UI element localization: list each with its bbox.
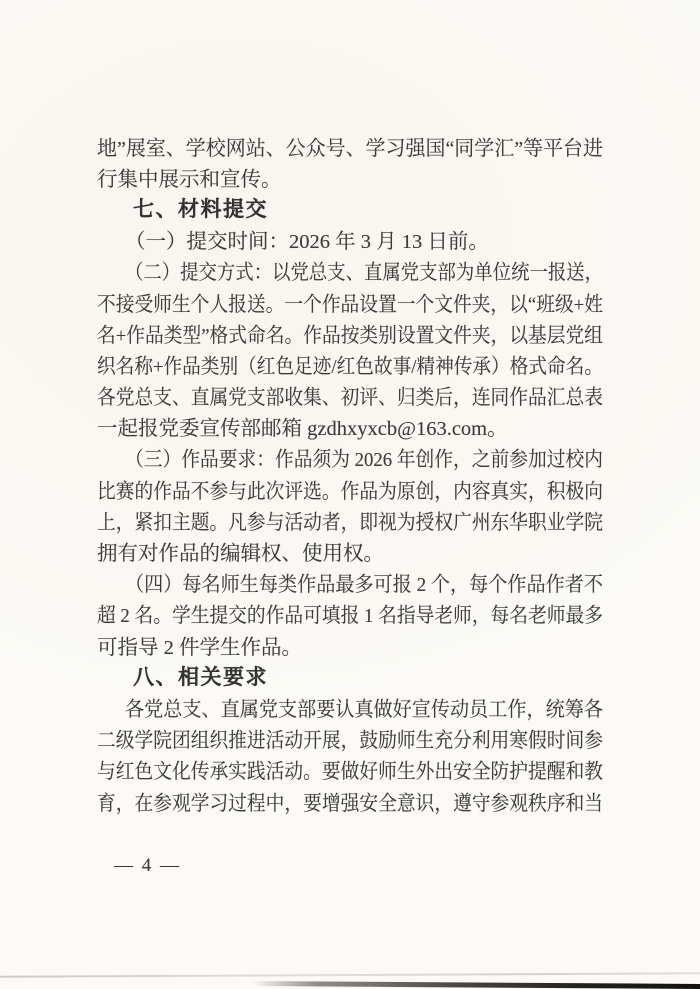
text-line-content: 与红色文化传承实践活动。要做好师生外出安全防护提醒和教 [97,754,603,784]
text-line: 不接受师生个人报送。一个作品设置一个文件夹，以“班级+姓 [97,286,603,317]
text-line: （一）提交时间：2026 年 3 月 13 日前。 [97,224,603,255]
text-line-content: 上，紧扣主题。凡参与活动者，即视为授权广州东华职业学院 [97,505,603,535]
text-line-content: 八、相关要求 [133,661,268,691]
text-line: 一起报党委宣传部邮箱 gzdhxyxcb@163.com。 [97,411,603,442]
text-line-content: 拥有对作品的编辑权、使用权。 [97,536,384,566]
text-line-content: 超 2 名。学生提交的作品可填报 1 名指导老师，每名老师最多 [97,598,603,628]
text-line-content: （一）提交时间：2026 年 3 月 13 日前。 [125,224,489,254]
text-line: 超 2 名。学生提交的作品可填报 1 名指导老师，每名老师最多 [97,598,603,629]
text-line: 与红色文化传承实践活动。要做好师生外出安全防护提醒和教 [97,754,603,785]
text-line: 各党总支、直属党支部要认真做好宣传动员工作，统筹各 [97,691,603,722]
document-body: 地”展室、学校网站、公众号、学习强国“同学汇”等平台进行集中展示和宣传。七、材料… [97,130,603,816]
text-line-content: 一起报党委宣传部邮箱 gzdhxyxcb@163.com。 [97,411,508,441]
text-line-content: 二级学院团组织推进活动开展，鼓励师生充分利用寒假时间参 [97,723,603,753]
text-line-content: 比赛的作品不参与此次评选。作品为原创，内容真实，积极向 [97,474,603,504]
text-line-content: 地”展室、学校网站、公众号、学习强国“同学汇”等平台进 [97,131,603,161]
text-line: 各党总支、直属党支部收集、初评、归类后，连同作品汇总表 [97,380,603,411]
text-line-content: 各党总支、直属党支部收集、初评、归类后，连同作品汇总表 [97,380,603,410]
text-line-content: 不接受师生个人报送。一个作品设置一个文件夹，以“班级+姓 [97,287,603,317]
text-line-content: 名+作品类型”格式命名。作品按类别设置文件夹，以基层党组 [97,318,603,348]
text-line: 上，紧扣主题。凡参与活动者，即视为授权广州东华职业学院 [97,504,603,535]
text-line: 二级学院团组织推进活动开展，鼓励师生充分利用寒假时间参 [97,723,603,754]
text-line: 育，在参观学习过程中，要增强安全意识，遵守参观秩序和当 [97,785,603,816]
section-heading: 八、相关要求 [97,660,603,691]
text-line-content: 行集中展示和宣传。 [97,162,282,192]
section-heading: 七、材料提交 [97,192,603,223]
page-number: — 4 — [114,855,181,877]
text-line: 地”展室、学校网站、公众号、学习强国“同学汇”等平台进 [97,130,603,161]
text-line: 织名称+作品类别（红色足迹/红色故事/精神传承）格式命名。 [97,348,603,379]
text-line-content: 织名称+作品类别（红色足迹/红色故事/精神传承）格式命名。 [97,349,603,379]
text-line: （二）提交方式：以党总支、直属党支部为单位统一报送， [97,255,603,286]
text-line: 可指导 2 件学生作品。 [97,629,603,660]
text-line-content: （三）作品要求：作品须为 2026 年创作，之前参加过校内 [125,442,603,472]
text-line: （四）每名师生每类作品最多可报 2 个，每个作品作者不 [97,567,603,598]
text-line: 比赛的作品不参与此次评选。作品为原创，内容真实，积极向 [97,473,603,504]
text-line-content: 七、材料提交 [133,193,268,223]
text-line: 名+作品类型”格式命名。作品按类别设置文件夹，以基层党组 [97,317,603,348]
text-line-content: （四）每名师生每类作品最多可报 2 个，每个作品作者不 [125,567,603,597]
text-line: （三）作品要求：作品须为 2026 年创作，之前参加过校内 [97,442,603,473]
text-line: 行集中展示和宣传。 [97,161,603,192]
scan-edge-dark-line [252,981,700,989]
scan-edge-light-line [0,972,700,977]
scanned-document-page: 地”展室、学校网站、公众号、学习强国“同学汇”等平台进行集中展示和宣传。七、材料… [0,0,700,989]
text-line-content: （二）提交方式：以党总支、直属党支部为单位统一报送， [125,255,603,285]
text-line-content: 可指导 2 件学生作品。 [97,630,302,660]
text-line-content: 育，在参观学习过程中，要增强安全意识，遵守参观秩序和当 [97,786,603,816]
text-line: 拥有对作品的编辑权、使用权。 [97,535,603,566]
text-line-content: 各党总支、直属党支部要认真做好宣传动员工作，统筹各 [125,692,603,722]
